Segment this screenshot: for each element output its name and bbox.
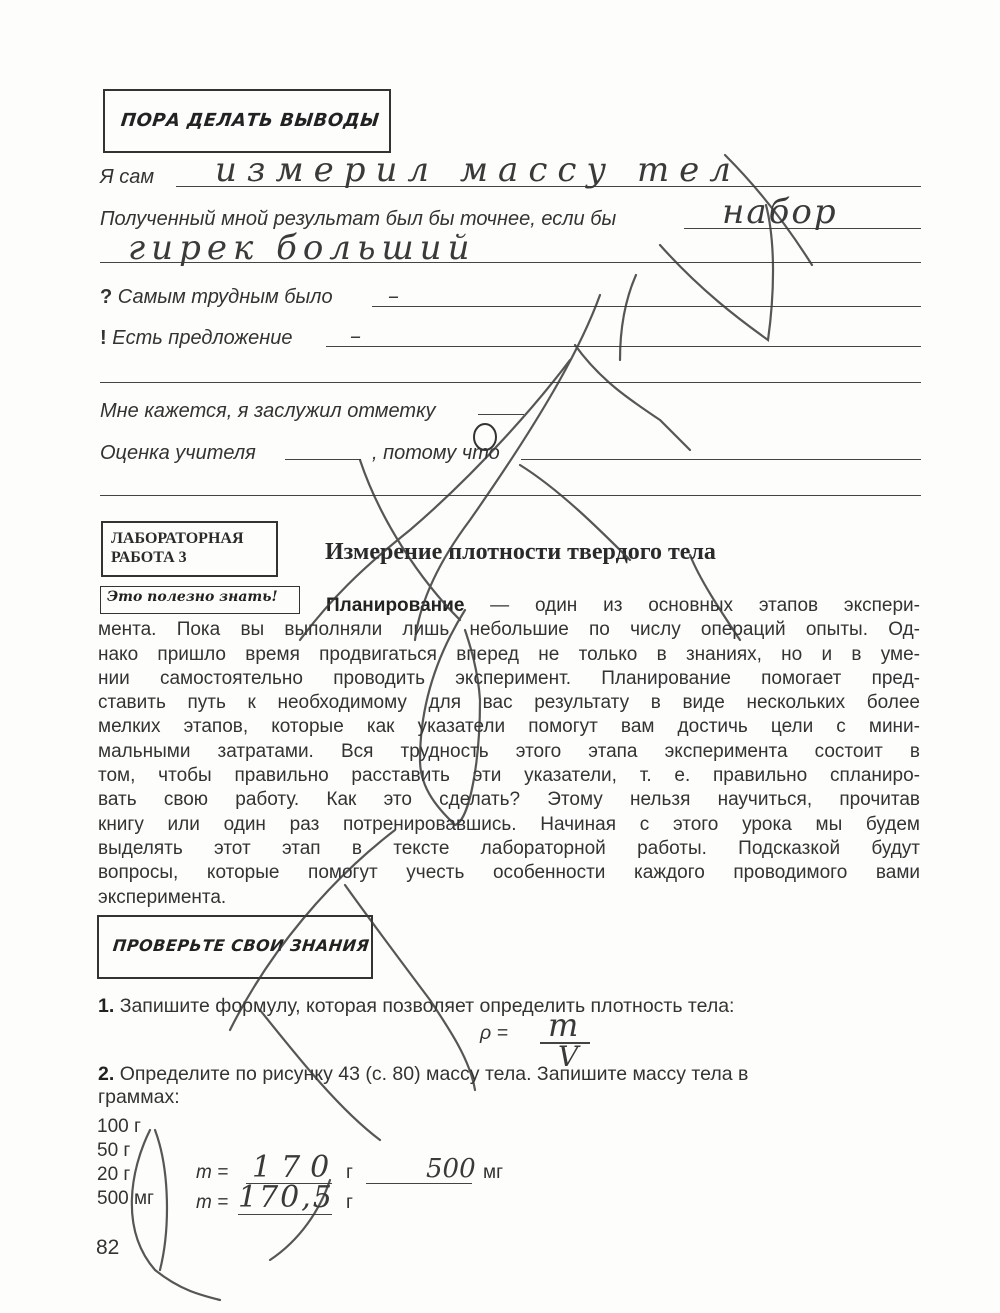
weight-100g: 100 г <box>97 1115 154 1139</box>
weight-50g: 50 г <box>97 1139 154 1163</box>
handwritten-more-precise: набор <box>722 192 838 232</box>
label-teacher-grade: Оценка учителя <box>100 442 256 465</box>
answer-line-because[interactable] <box>521 459 921 460</box>
question-2-number: 2. <box>98 1063 114 1085</box>
label-suggestion: ! Есть предложение <box>100 327 293 350</box>
label-because: , потому что <box>372 442 500 465</box>
exclamation-mark-icon: ! <box>100 327 107 349</box>
paragraph-line-1: мента. Пока вы выполняли лишь небольшие … <box>98 618 920 642</box>
handwritten-continuation: гирек больший <box>128 228 475 268</box>
planning-term: Планирование <box>326 595 464 616</box>
paragraph-line-5: мелких этапов, которые как указатели пом… <box>98 715 920 739</box>
paragraph-line-6: мальными затратами. Вся трудность этого … <box>98 740 920 764</box>
scribble-stroke <box>155 1130 167 1270</box>
page-number: 82 <box>96 1236 119 1260</box>
weight-500mg: 500 мг <box>97 1187 154 1211</box>
paragraph-line-8: вать свою работу. Как это сделать? Этому… <box>98 788 920 812</box>
paragraph-line-2: нако пришло время продвигаться вперед не… <box>98 643 920 667</box>
check-knowledge-header-box: ПРОВЕРЬТЕ СВОИ ЗНАНИЯ <box>97 915 373 979</box>
label-deserved-mark: Мне кажется, я заслужил отметку <box>100 400 436 423</box>
answer-line-because-2[interactable] <box>100 495 921 496</box>
answer-line-hardest[interactable] <box>372 306 921 307</box>
label-hardest-text: Самым трудным было <box>118 286 333 308</box>
planning-paragraph: Планирование — один из основных этапов э… <box>98 594 920 910</box>
paragraph-line-7: том, чтобы правильно расставить эти указ… <box>98 764 920 788</box>
formula-numerator: m <box>548 1006 580 1044</box>
paragraph-line-3: нии самостоятельно проводить эксперимент… <box>98 667 920 691</box>
question-1-number: 1. <box>98 995 114 1017</box>
question-2-line-1: 2. Определите по рисунку 43 (с. 80) масс… <box>98 1063 920 1086</box>
answer-line-teacher-grade[interactable] <box>285 459 361 460</box>
paragraph-line-4: ставить путь к необходимому для вас резу… <box>98 691 920 715</box>
label-hardest: ? Самым трудным было <box>100 286 333 309</box>
formula: ρ = <box>480 1022 508 1045</box>
handwritten-suggestion: – <box>350 324 363 349</box>
paragraph-line-10: выделять этот этап в тексте лабораторной… <box>98 837 920 861</box>
mg-unit: мг <box>483 1162 503 1184</box>
m1-label: m = <box>196 1162 228 1184</box>
m2-label: m = <box>196 1192 228 1214</box>
paragraph-line-11: вопросы, которые помогут учесть особенно… <box>98 861 920 885</box>
handwritten-hardest: – <box>388 284 401 309</box>
label-suggestion-text: Есть предложение <box>112 327 292 349</box>
question-mark-icon: ? <box>100 286 112 308</box>
scribble-stroke <box>620 275 636 360</box>
conclusions-header-box: ПОРА ДЕЛАТЬ ВЫВОДЫ <box>103 89 391 153</box>
m1-unit: г <box>346 1162 353 1184</box>
label-i-myself: Я сам <box>100 166 154 189</box>
formula-lhs: ρ = <box>480 1022 508 1044</box>
answer-line-suggestion-2[interactable] <box>100 382 921 383</box>
lab-box-line2: РАБОТА 3 <box>111 548 268 567</box>
answer-line-suggestion[interactable] <box>326 346 921 347</box>
weight-20g: 20 г <box>97 1163 154 1187</box>
mg-value: 500 <box>426 1154 476 1184</box>
lab-title: Измерение плотности твердого тела <box>325 539 716 566</box>
lab-box-line1: ЛАБОРАТОРНАЯ <box>111 529 268 548</box>
paragraph-line-12: эксперимента. <box>98 886 920 910</box>
paragraph-line-9: книгу или один раз потренировавшись. Нач… <box>98 813 920 837</box>
paragraph-text: — один из основных этапов экспери- <box>464 595 920 616</box>
question-2-text: Определите по рисунку 43 (с. 80) массу т… <box>120 1063 749 1085</box>
check-knowledge-header: ПРОВЕРЬТЕ СВОИ ЗНАНИЯ <box>112 936 370 955</box>
question-1: 1. Запишите формулу, которая позволяет о… <box>98 995 734 1018</box>
m2-unit: г <box>346 1192 353 1214</box>
weights-list: 100 г 50 г 20 г 500 мг <box>97 1115 154 1211</box>
scribble-stroke <box>575 345 690 450</box>
answer-line-deserved-mark[interactable] <box>478 414 524 415</box>
conclusions-header: ПОРА ДЕЛАТЬ ВЫВОДЫ <box>120 110 381 131</box>
handwritten-i-myself: измерил массу тел <box>215 150 741 190</box>
lab-number-box: ЛАБОРАТОРНАЯ РАБОТА 3 <box>101 521 278 577</box>
m2-value: 170,5 <box>238 1180 334 1215</box>
question-2: 2. Определите по рисунку 43 (с. 80) масс… <box>98 1063 920 1109</box>
question-2-line-2: граммах: <box>98 1086 920 1109</box>
question-1-text: Запишите формулу, которая позволяет опре… <box>120 995 735 1017</box>
paragraph-line-0: Планирование — один из основных этапов э… <box>98 594 920 618</box>
